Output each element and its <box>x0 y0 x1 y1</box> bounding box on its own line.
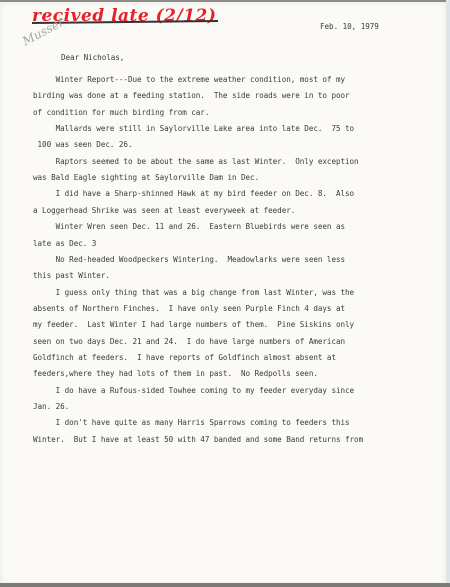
letter-line: Raptors seemed to be about the same as l… <box>33 157 359 166</box>
letter-page: recived late (2/12) Musser Feb. 10, 1979… <box>0 2 446 584</box>
letter-line: Mallards were still in Saylorville Lake … <box>33 124 354 133</box>
letter-line: birding was done at a feeding station. T… <box>33 91 350 100</box>
letter-line: my feeder. Last Winter I had large numbe… <box>33 320 354 329</box>
letter-line: I do have a Rufous-sided Towhee coming t… <box>33 386 354 395</box>
scan-bottom-edge <box>0 583 450 587</box>
letter-line: I don't have quite as many Harris Sparro… <box>33 418 350 427</box>
letter-line: Winter. But I have at least 50 with 47 b… <box>33 435 363 444</box>
letter-line: 100 was seen Dec. 26. <box>33 140 132 149</box>
letter-line: a Loggerhead Shrike was seen at least ev… <box>33 206 295 215</box>
letter-line: Jan. 26. <box>33 402 69 411</box>
letter-line: seen on two days Dec. 21 and 24. I do ha… <box>33 337 345 346</box>
letter-line: was Bald Eagle sighting at Saylorville D… <box>33 173 259 182</box>
letter-line: Winter Wren seen Dec. 11 and 26. Eastern… <box>33 222 345 231</box>
letter-line: Winter Report---Due to the extreme weath… <box>33 75 345 84</box>
letter-line: of condition for much birding from car. <box>33 108 209 117</box>
letter-line: this past Winter. <box>33 271 110 280</box>
scan-right-edge <box>446 0 450 587</box>
salutation: Dear Nicholas, <box>61 53 124 62</box>
letter-line: Goldfinch at feeders. I have reports of … <box>33 353 336 362</box>
letter-line: I did have a Sharp-shinned Hawk at my bi… <box>33 189 354 198</box>
letter-line: I guess only thing that was a big change… <box>33 288 354 297</box>
letter-line: No Red-headed Woodpeckers Wintering. Mea… <box>33 255 345 264</box>
letter-line: late as Dec. 3 <box>33 239 96 248</box>
letter-line: absents of Northern Finches. I have only… <box>33 304 345 313</box>
letter-date: Feb. 10, 1979 <box>320 22 379 31</box>
letter-line: feeders,where they had lots of them in p… <box>33 369 318 378</box>
